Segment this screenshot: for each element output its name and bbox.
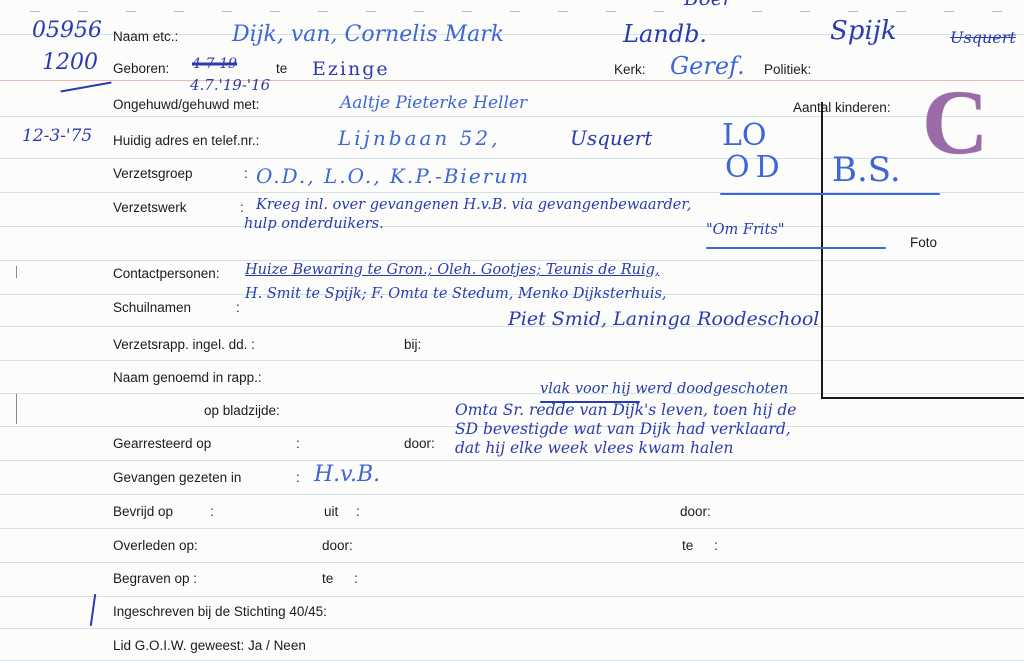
label-bevrijd-door: door:: [680, 504, 711, 519]
tick-mark: [896, 11, 906, 12]
note-door-1: vlak voor hij werd doodgeschoten: [540, 381, 788, 397]
ruled-line: [0, 393, 1024, 394]
label-verzetsgroep: Verzetsgroep: [113, 166, 193, 181]
label-geboren-te: te: [276, 61, 287, 76]
tick-mark: [510, 11, 520, 12]
photo-box-border: [821, 102, 823, 398]
edge-mark: [16, 394, 17, 424]
margin-underline: [60, 82, 112, 93]
value-naam: Dijk, van, Cornelis Mark: [232, 22, 504, 47]
ruled-line: [0, 528, 1024, 529]
tick-mark: [752, 11, 762, 12]
label-gearresteerd: Gearresteerd op: [113, 436, 211, 451]
ruled-line-red: [0, 80, 1024, 81]
ruled-line: [0, 596, 1024, 597]
value-schuilnamen-2: Piet Smid, Laninga Roodeschool: [508, 308, 819, 330]
tick-mark: [654, 11, 664, 12]
colon: :: [296, 436, 300, 451]
label-gearresteerd-door: door:: [404, 436, 435, 451]
value-contactpersonen: Huize Bewaring te Gron.; Oleh. Gootjes; …: [245, 262, 660, 278]
photo-box-border: [821, 397, 1024, 399]
alias-underline: [706, 247, 886, 249]
check-mark: [90, 594, 96, 626]
label-overleden-door: door:: [322, 538, 353, 553]
value-woonplaats-struck: Usquert: [950, 28, 1016, 47]
value-kerk: Geref.: [670, 52, 745, 80]
note-door-4: dat hij elke week vlees kwam halen: [455, 439, 733, 457]
note-above-name: Boer: [684, 0, 732, 10]
margin-number-top: 05956: [32, 18, 102, 43]
tick-mark: [944, 11, 954, 12]
value-gehuwd-met: Aaltje Pieterke Heller: [340, 93, 527, 113]
tick-mark: [270, 11, 280, 12]
ruled-line: [0, 460, 1024, 461]
label-verzetsrapp: Verzetsrapp. ingel. dd. :: [113, 337, 255, 352]
label-kerk: Kerk:: [614, 62, 646, 77]
tick-mark: [30, 11, 40, 12]
tick-mark: [222, 11, 232, 12]
ruled-line: [0, 260, 1024, 261]
tick-mark: [848, 11, 858, 12]
edge-mark: [16, 266, 17, 278]
value-beroep: Landb.: [623, 20, 707, 48]
tick-mark: [126, 11, 136, 12]
label-schuilnamen: Schuilnamen: [113, 300, 191, 315]
value-gevangen: H.v.B.: [314, 462, 380, 487]
label-gevangen: Gevangen gezeten in: [113, 470, 241, 485]
note-door-2: Omta Sr. redde van Dijk's leven, toen hi…: [455, 401, 796, 419]
label-aantal-kinderen: Aantal kinderen:: [793, 100, 891, 115]
ruled-line: [0, 360, 1024, 361]
value-geboren-struck: 4-7-19: [192, 56, 237, 72]
ruled-line: [0, 562, 1024, 563]
colon: :: [714, 538, 718, 553]
ruled-line: [0, 116, 1024, 117]
label-bij: bij:: [404, 337, 421, 352]
tick-mark: [174, 11, 184, 12]
tick-mark: [992, 11, 1002, 12]
tick-mark: [318, 11, 328, 12]
value-adres-plaats: Usquert: [570, 126, 652, 150]
tick-mark: [800, 11, 810, 12]
colon: :: [236, 300, 240, 315]
tick-mark: [558, 11, 568, 12]
note-door-3: SD bevestigde wat van Dijk had verklaard…: [455, 420, 791, 438]
tick-mark: [414, 11, 424, 12]
margin-number-bottom: 1200: [42, 50, 98, 75]
ruled-line: [0, 494, 1024, 495]
value-schuilnamen-1: H. Smit te Spijk; F. Omta te Stedum, Men…: [245, 286, 667, 302]
margin-date: 12-3-'75: [22, 126, 92, 146]
value-verzetsgroep: O.D., L.O., K.P.-Bierum: [256, 164, 530, 188]
colon: :: [296, 470, 300, 485]
value-woonplaats: Spijk: [830, 16, 897, 46]
registration-card: Foto C 05956 1200 12-3-'75 Boer Naam etc…: [0, 0, 1024, 661]
label-naam-genoemd: Naam genoemd in rapp.:: [113, 370, 262, 385]
tick-mark: [78, 11, 88, 12]
photo-label: Foto: [910, 235, 937, 250]
label-overleden: Overleden op:: [113, 538, 198, 553]
colon: :: [354, 571, 358, 586]
label-geboren: Geboren:: [113, 61, 169, 76]
stamp-letter: C: [922, 76, 988, 168]
label-bevrijd-uit: uit: [324, 504, 338, 519]
value-adres: Lijnbaan 52,: [338, 126, 500, 150]
colon: :: [356, 504, 360, 519]
tick-mark: [606, 11, 616, 12]
value-verzetswerk-2: hulp onderduikers.: [244, 216, 384, 232]
colon: :: [244, 166, 248, 181]
value-code-lo: LO: [722, 118, 767, 153]
label-begraven-te: te: [322, 571, 333, 586]
label-naam: Naam etc.:: [113, 29, 178, 44]
label-adres: Huidig adres en telef.nr.:: [113, 133, 259, 148]
value-verzetswerk-1: Kreeg inl. over gevangenen H.v.B. via ge…: [256, 197, 691, 213]
colon: :: [240, 200, 244, 215]
label-contactpersonen: Contactpersonen:: [113, 266, 220, 281]
label-politiek: Politiek:: [764, 62, 811, 77]
label-lid-goiw: Lid G.O.I.W. geweest: Ja / Neen: [113, 638, 306, 653]
value-geboren-te: Ezinge: [312, 58, 390, 80]
ruled-line: [0, 628, 1024, 629]
value-code-od: OD: [725, 150, 786, 185]
label-bevrijd: Bevrijd op: [113, 504, 173, 519]
label-verzetswerk: Verzetswerk: [113, 200, 187, 215]
tick-mark: [366, 11, 376, 12]
label-ingeschreven: Ingeschreven bij de Stichting 40/45:: [113, 604, 327, 619]
value-verzetswerk-3: "Om Frits": [706, 222, 784, 238]
code-underline: [720, 193, 940, 195]
value-code-bs: B.S.: [832, 150, 901, 190]
colon: :: [210, 504, 214, 519]
label-overleden-te: te: [682, 538, 693, 553]
ruled-line: [0, 226, 1024, 227]
label-begraven: Begraven op :: [113, 571, 197, 586]
label-gehuwd: Ongehuwd/gehuwd met:: [113, 97, 259, 112]
value-geboren-datum: 4.7.'19-'16: [190, 76, 270, 94]
label-op-bladzijde: op bladzijde:: [204, 403, 280, 418]
tick-mark: [462, 11, 472, 12]
